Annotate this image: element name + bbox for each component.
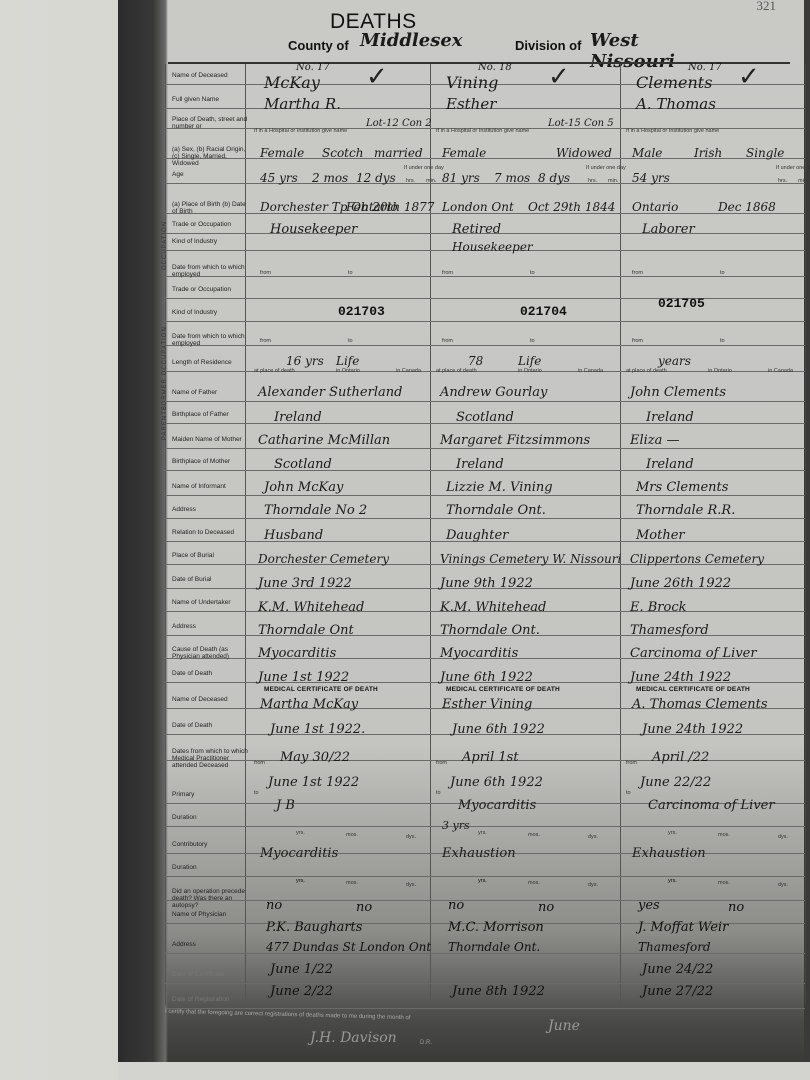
entry-burial-date: June 26th 1922 [630, 576, 731, 591]
entry-phys-address: Thamesford [638, 940, 711, 955]
form-hint: to [530, 270, 535, 276]
field-label-industry: Kind of Industry [172, 238, 250, 245]
column-divider [620, 64, 621, 1005]
check-mark-icon: ✓ [366, 62, 388, 92]
registration-stamp: 021703 [338, 304, 385, 319]
form-hint: hrs. [588, 178, 597, 184]
entry-att-to: June 6th 1922 [450, 775, 543, 790]
form-hint: If under one day [586, 165, 626, 171]
entry-undertaker: K.M. Whitehead [258, 600, 364, 615]
hospital-note: If in a Hospital or Institution give nam… [626, 128, 719, 134]
field-label-mother: Maiden Name of Mother [172, 436, 250, 443]
field-label-operation: Did an operation precede death? Was ther… [172, 888, 250, 909]
form-hint: in Canada [578, 368, 603, 374]
form-hint: from [632, 270, 643, 276]
field-label-informant: Name of Informant [172, 483, 250, 490]
form-hint: dys. [778, 882, 788, 888]
entry-operation-answer: no [448, 898, 464, 913]
form-hint: hrs. [778, 178, 787, 184]
entry-surname: Clements [636, 75, 712, 90]
entry-med-name: Martha McKay [260, 697, 358, 712]
row-divider [165, 495, 805, 496]
entry-death-date: June 1st 1922 [258, 670, 349, 685]
entry-res-place: years [658, 354, 691, 369]
entry-father-birth: Scotland [456, 410, 514, 425]
page-bottom-edge [118, 1062, 810, 1080]
certification-month: June [548, 1018, 580, 1034]
entry-contributory: Myocarditis [260, 846, 338, 861]
entry-mother-birth: Scotland [274, 457, 332, 472]
field-label-trade2: Trade or Occupation [172, 286, 250, 293]
field-label-place: Place of Death, street and number or [172, 116, 250, 130]
entry-status: Single [746, 146, 784, 161]
entry-med-name: Esther Vining [442, 697, 532, 712]
medical-certificate-heading: MEDICAL CERTIFICATE OF DEATH [636, 686, 750, 693]
entry-relation: Daughter [446, 528, 508, 543]
entry-res-place: 16 yrs [286, 354, 324, 369]
entry-given: Esther [446, 97, 496, 112]
form-hint: mos. [346, 832, 358, 838]
entry-inf-address: Thorndale No 2 [264, 503, 367, 518]
column-divider [165, 64, 166, 1005]
entry-sex: Female [442, 146, 486, 161]
field-label-father: Name of Father [172, 389, 250, 396]
entry-res-place: 78 [468, 354, 483, 369]
entry-und-address: Thorndale Ont [258, 623, 354, 638]
row-divider [165, 518, 805, 519]
entry-burial-date: June 9th 1922 [440, 576, 533, 591]
row-divider [165, 298, 805, 299]
entry-place: Lot-15 Con 5 [548, 116, 614, 131]
entry-med-date: June 1st 1922. [270, 722, 365, 737]
entry-operation-answer: no [266, 898, 282, 913]
entry-undertaker: K.M. Whitehead [440, 600, 546, 615]
entry-surname: Vining [446, 75, 498, 90]
county-value: Middlesex [360, 30, 463, 51]
form-hint: yrs. [478, 830, 487, 836]
entry-mother: Catharine McMillan [258, 433, 390, 448]
entry-race: Irish [694, 146, 722, 161]
entry-birth-place: Ontario [632, 200, 678, 215]
field-label-father-birth: Birthplace of Father [172, 411, 250, 418]
form-hint: min. [426, 178, 436, 184]
entry-autopsy-answer: no [538, 900, 554, 915]
form-hint: from [260, 270, 271, 276]
entry-cert-date: June 24/22 [642, 962, 713, 977]
form-hint: from [260, 338, 271, 344]
entry-race: Scotch [322, 146, 363, 161]
field-label-employed: Date from which to which employed [172, 264, 250, 278]
field-label-birth: (a) Place of Birth (b) Date of Birth [172, 201, 250, 215]
entry-age-yrs: 54 yrs [632, 171, 670, 186]
row-divider [165, 345, 805, 346]
form-hint: to [626, 790, 631, 796]
form-hint: from [632, 338, 643, 344]
field-label-undertaker: Name of Undertaker [172, 599, 250, 606]
entry-age-yrs: 45 yrs [260, 171, 298, 186]
form-hint: to [720, 338, 725, 344]
field-label-employed2: Date from which to which employed [172, 333, 250, 347]
check-mark-icon: ✓ [548, 62, 570, 92]
registration-stamp: 021704 [520, 304, 567, 319]
entry-surname: McKay [264, 75, 320, 90]
entry-physician: M.C. Morrison [448, 920, 544, 935]
field-label-residence: Length of Residence [172, 359, 250, 366]
entry-med-date: June 24th 1922 [642, 722, 743, 737]
form-hint: dys. [778, 834, 788, 840]
entry-und-address: Thamesford [630, 623, 709, 638]
entry-age-yrs: 81 yrs [442, 171, 480, 186]
entry-reg-date: June 27/22 [642, 984, 713, 999]
field-label-duration: Duration [172, 814, 250, 821]
entry-relation: Mother [636, 528, 685, 543]
row-divider [165, 448, 805, 449]
county-division-header: County of Middlesex Division of West Nis… [170, 38, 670, 58]
entry-birth-date: Oct 29th 1844 [528, 200, 615, 215]
form-hint: in Ontario [708, 368, 732, 374]
medical-certificate-heading: MEDICAL CERTIFICATE OF DEATH [264, 686, 378, 693]
section-label-occupation-side: OCCUPATION [162, 221, 168, 270]
entry-informant: Lizzie M. Vining [446, 480, 553, 495]
entry-mother-birth: Ireland [646, 457, 694, 472]
entry-autopsy-answer: no [356, 900, 372, 915]
entry-relation: Husband [264, 528, 323, 543]
form-hint: at place of death [626, 368, 667, 374]
entry-trade: Laborer [642, 222, 695, 237]
field-label-sex: (a) Sex, (b) Racial Origin, (c) Single, … [172, 146, 250, 167]
entry-place: Lot-12 Con 2 [366, 116, 432, 131]
entry-med-date: June 6th 1922 [452, 722, 545, 737]
entry-reg-date: June 8th 1922 [452, 984, 545, 999]
form-hint: dys. [588, 882, 598, 888]
form-hint: in Canada [768, 368, 793, 374]
check-mark-icon: ✓ [738, 62, 760, 92]
entry-att-from: April 1st [462, 750, 519, 765]
entry-contributory: Exhaustion [632, 846, 706, 861]
entry-sex: Male [632, 146, 662, 161]
form-hint: mos. [718, 880, 730, 886]
entry-birth-date: Dec 1868 [718, 200, 776, 215]
entry-att-to: June 22/22 [640, 775, 711, 790]
row-divider [165, 826, 805, 827]
entry-primary-duration: 3 yrs [442, 818, 470, 833]
form-hint: min. [798, 178, 808, 184]
entry-reg-date: June 2/22 [270, 984, 333, 999]
entry-mother: Margaret Fitzsimmons [440, 433, 590, 448]
medical-certificate-heading: MEDICAL CERTIFICATE OF DEATH [446, 686, 560, 693]
form-hint: to [720, 270, 725, 276]
form-hint: to [530, 338, 535, 344]
entry-phys-address: Thorndale Ont. [448, 940, 540, 955]
entry-operation-answer: yes [638, 898, 660, 913]
entry-status: Widowed [556, 146, 612, 161]
entry-physician: J. Moffat Weir [638, 920, 728, 935]
form-hint: mos. [718, 832, 730, 838]
form-hint: to [348, 338, 353, 344]
entry-age-dys: 8 dys [538, 171, 570, 186]
field-label-relation: Relation to Deceased [172, 529, 250, 536]
field-label-given: Full given Name [172, 96, 250, 103]
section-label-former-side: FORMER OCCUPATION [162, 326, 168, 410]
form-hint: yrs. [296, 878, 305, 884]
column-divider [805, 64, 806, 1005]
form-hint: from [442, 338, 453, 344]
division-label: Division of [515, 38, 581, 53]
field-label-cert-date: Date of Certificate [172, 971, 250, 978]
entry-sex: Female [260, 146, 304, 161]
entry-father-birth: Ireland [274, 410, 322, 425]
county-label: County of [288, 38, 349, 53]
entry-father: John Clements [630, 385, 726, 400]
form-hint: mos. [346, 880, 358, 886]
form-hint: dys. [406, 882, 416, 888]
entry-burial-place: Vinings Cemetery W. Nissouri [440, 552, 621, 567]
registration-stamp: 021705 [658, 296, 705, 311]
entry-given: Martha R. [264, 97, 341, 112]
entry-physician: P.K. Baugharts [266, 920, 362, 935]
hospital-note: If in a Hospital or Institution give nam… [436, 128, 529, 134]
field-label-und-address: Address [172, 623, 250, 630]
entry-primary: Myocarditis [458, 798, 536, 813]
row-divider [165, 876, 805, 877]
entry-burial-place: Dorchester Cemetery [258, 552, 389, 567]
form-hint: to [348, 270, 353, 276]
entry-death-date: June 24th 1922 [630, 670, 731, 685]
field-label-age: Age [172, 171, 250, 178]
entry-informant: John McKay [264, 480, 343, 495]
row-divider [165, 900, 805, 901]
form-hint: at place of death [436, 368, 477, 374]
field-label-mother-birth: Birthplace of Mother [172, 458, 250, 465]
form-hint: in Ontario [518, 368, 542, 374]
row-divider [165, 1008, 805, 1009]
field-label-industry2: Kind of Industry [172, 309, 250, 316]
entry-cert-date: June 1/22 [270, 962, 333, 977]
field-label-contributory: Contributory [172, 841, 250, 848]
entry-autopsy-answer: no [728, 900, 744, 915]
entry-att-from: May 30/22 [280, 750, 350, 765]
field-label-cause-phys: Cause of Death (as Physician attended) [172, 646, 250, 660]
field-label-primary: Primary [172, 791, 250, 798]
entry-age-mos: 7 mos [494, 171, 530, 186]
entry-father: Andrew Gourlay [440, 385, 547, 400]
entry-age-dys: 12 dys [356, 171, 396, 186]
form-hint: from [436, 760, 447, 766]
entry-att-to: June 1st 1922 [268, 775, 359, 790]
entry-primary: Carcinoma of Liver [648, 798, 775, 813]
entry-father-birth: Ireland [646, 410, 694, 425]
entry-trade: Housekeeper [270, 222, 357, 237]
form-hint: yrs. [296, 830, 305, 836]
entry-primary: J B [276, 798, 295, 813]
field-label-med-deceased: Name of Deceased [172, 696, 250, 703]
field-label-med-date: Date of Death [172, 722, 250, 729]
field-label-trade: Trade or Occupation [172, 221, 250, 228]
form-hint: dys. [406, 834, 416, 840]
entry-res-ontario: Life [336, 354, 359, 369]
form-hint: yrs. [478, 878, 487, 884]
row-divider [165, 401, 805, 402]
form-hint: If under one day [776, 165, 810, 171]
form-hint: in Ontario [336, 368, 360, 374]
form-hint: from [442, 270, 453, 276]
entry-father: Alexander Sutherland [258, 385, 402, 400]
entry-status: married [374, 146, 423, 161]
form-hint: yrs. [668, 830, 677, 836]
row-divider [165, 276, 805, 277]
entry-undertaker: E. Brock [630, 600, 687, 615]
entry-informant: Mrs Clements [636, 480, 728, 495]
entry-res-ontario: Life [518, 354, 541, 369]
field-label-death-date: Date of Death [172, 670, 250, 677]
field-label-address: Address [172, 506, 250, 513]
entry-industry: Housekeeper [452, 240, 533, 255]
entry-trade: Retired [452, 222, 501, 237]
entry-mother-birth: Ireland [456, 457, 504, 472]
form-hint: at place of death [254, 368, 295, 374]
entry-cause: Myocarditis [440, 646, 518, 661]
field-label-surname: Name of Deceased [172, 72, 250, 79]
field-label-duration2: Duration [172, 864, 250, 871]
page-number: 321 [757, 0, 777, 14]
entry-cause: Myocarditis [258, 646, 336, 661]
entry-age-mos: 2 mos [312, 171, 348, 186]
entry-cause: Carcinoma of Liver [630, 646, 757, 661]
field-label-phys-address: Address [172, 941, 250, 948]
hospital-note: If in a Hospital or Institution give nam… [254, 128, 347, 134]
form-hint: in Canada [396, 368, 421, 374]
entry-given: A. Thomas [636, 97, 716, 112]
form-hint: to [436, 790, 441, 796]
entry-inf-address: Thorndale R.R. [636, 503, 735, 518]
entry-und-address: Thorndale Ont. [440, 623, 540, 638]
field-label-reg-date: Date of Registration [172, 996, 250, 1003]
entry-phys-address: 477 Dundas St London Ont [266, 940, 431, 955]
form-hint: If under one day [404, 165, 444, 171]
entry-burial-date: June 3rd 1922 [258, 576, 352, 591]
field-label-attended: Dates from which to which Medical Practi… [172, 748, 250, 769]
row-divider [165, 321, 805, 322]
form-hint: to [254, 790, 259, 796]
form-hint: from [626, 760, 637, 766]
entry-birth-place: London Ont [442, 200, 514, 215]
entry-birth-date: Feb 20th 1877 [346, 200, 434, 215]
field-label-burial-place: Place of Burial [172, 552, 250, 559]
field-label-burial-date: Date of Burial [172, 576, 250, 583]
division-value: West Nissouri [590, 30, 675, 72]
form-hint: mos. [528, 880, 540, 886]
form-hint: from [254, 760, 265, 766]
registrar-signature: J.H. Davison [310, 1030, 397, 1046]
form-hint: min. [608, 178, 618, 184]
entry-death-date: June 6th 1922 [440, 670, 533, 685]
field-label-physician: Name of Physician [172, 911, 250, 918]
entry-att-from: April /22 [652, 750, 709, 765]
entry-inf-address: Thorndale Ont. [446, 503, 546, 518]
entry-burial-place: Clippertons Cemetery [630, 552, 764, 567]
entry-mother: Eliza — [630, 433, 680, 448]
entry-contributory: Exhaustion [442, 846, 516, 861]
form-hint: hrs. [406, 178, 415, 184]
entry-med-name: A. Thomas Clements [632, 697, 768, 712]
form-hint: dys. [588, 834, 598, 840]
form-hint: mos. [528, 832, 540, 838]
form-hint: yrs. [668, 878, 677, 884]
dr-label: D.R. [420, 1040, 432, 1046]
section-label-parents-side: PARENTS [162, 405, 168, 440]
